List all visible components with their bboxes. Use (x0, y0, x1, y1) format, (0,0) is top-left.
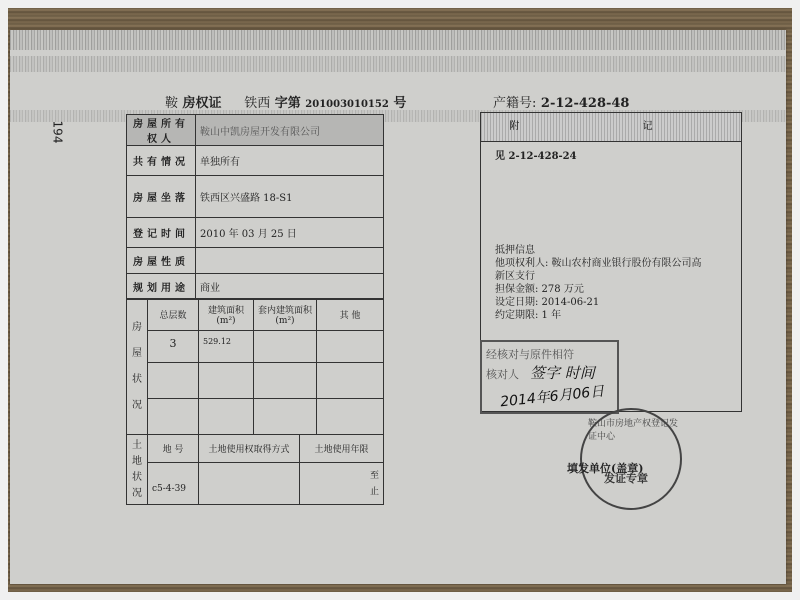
property-registry-number: 产籍号: 2-12-428-48 (493, 92, 629, 111)
header-prefix: 鞍 (165, 96, 178, 111)
notes-reference: 见 2-12-428-24 (495, 147, 577, 162)
table-row: 3 529.12 (127, 331, 384, 363)
cell-empty (317, 399, 384, 435)
cell-empty (199, 363, 254, 399)
cell-floors: 3 (148, 331, 199, 363)
header-lot-number: 地 号 (148, 435, 199, 463)
registry-value: 2-12-428-48 (541, 96, 630, 111)
label-planned-use: 规划用途 (127, 274, 196, 300)
mortgage-term: 约定期限: 1 年 (495, 306, 561, 321)
cell-empty (199, 399, 254, 435)
header-land-term: 土地使用年限 (300, 435, 384, 463)
label-co-ownership: 共有情况 (127, 146, 196, 176)
value-planned-use: 商业 (196, 274, 384, 300)
table-row: 登记时间 2010 年 03 月 25 日 (127, 218, 384, 248)
handwritten-signature: 签字 时间 (530, 362, 595, 383)
value-co-ownership: 单独所有 (196, 146, 384, 176)
label-register-date: 登记时间 (127, 218, 196, 248)
table-row: 房屋性质 (127, 248, 384, 274)
side-page-number: 194 (50, 121, 64, 144)
header-inner-area: 套内建筑面积 (m²) (254, 299, 317, 331)
label-location: 房屋坐落 (127, 176, 196, 218)
photocopy-noise-band (10, 30, 786, 50)
header-hao: 号 (393, 96, 406, 111)
notes-title: 附 记 (481, 113, 741, 142)
table-row: 房屋状况 总层数 建筑面积 (m²) 套内建筑面积 (m²) 其 他 (127, 299, 384, 331)
cell-land-acquisition (199, 463, 300, 505)
certificate-number: 201003010152 (305, 99, 389, 110)
term-end: 止 (370, 487, 379, 497)
value-location: 铁西区兴盛路 18-S1 (196, 176, 384, 218)
house-status-table: 房屋状况 总层数 建筑面积 (m²) 套内建筑面积 (m²) 其 他 3 529… (126, 298, 384, 435)
cell-empty (148, 363, 199, 399)
land-status-table: 土地状况 地 号 土地使用权取得方式 土地使用年限 c5-4-39 至 止 (126, 434, 384, 505)
land-status-section-label: 土地状况 (127, 435, 148, 505)
house-status-section-label: 房屋状况 (127, 299, 148, 435)
cell-empty (317, 363, 384, 399)
certificate-header: 鞍 房权证 铁西 字第 201003010152 号 (165, 92, 406, 111)
cell-lot-number: c5-4-39 (148, 463, 199, 505)
table-row: 房屋所有权人 鞍山中凯房屋开发有限公司 (127, 115, 384, 146)
photocopy-noise-band (10, 56, 786, 72)
cell-other (317, 331, 384, 363)
cell-empty (254, 399, 317, 435)
label-owner: 房屋所有权人 (127, 115, 196, 146)
label-property-nature: 房屋性质 (127, 248, 196, 274)
table-row (127, 363, 384, 399)
table-row: 共有情况 单独所有 (127, 146, 384, 176)
header-char-label: 字第 (275, 96, 301, 111)
stamp-line-1: 经核对与原件相符 (486, 346, 574, 362)
header-land-acquisition: 土地使用权取得方式 (199, 435, 300, 463)
header-other: 其 他 (317, 299, 384, 331)
header-title: 房权证 (183, 96, 222, 111)
seal-ring-text: 鞍山市房地产权登记发证中心 (588, 416, 680, 442)
header-building-area: 建筑面积 (m²) (199, 299, 254, 331)
table-row: 规划用途 商业 (127, 274, 384, 300)
cell-inner-area (254, 331, 317, 363)
cell-building-area: 529.12 (199, 331, 254, 363)
value-property-nature (196, 248, 384, 274)
header-district: 铁西 (244, 96, 270, 111)
cell-empty (254, 363, 317, 399)
issuing-unit-label: 填发单位(盖章) (567, 460, 643, 476)
official-seal: 鞍山市房地产权登记发证中心 发证专章 (580, 408, 682, 510)
term-to: 至 (370, 471, 379, 481)
value-register-date: 2010 年 03 月 25 日 (196, 218, 384, 248)
stamp-line-2: 核对人 (486, 366, 519, 382)
value-owner: 鞍山中凯房屋开发有限公司 (196, 115, 384, 146)
table-row: 房屋坐落 铁西区兴盛路 18-S1 (127, 176, 384, 218)
table-row: 土地状况 地 号 土地使用权取得方式 土地使用年限 (127, 435, 384, 463)
table-row (127, 399, 384, 435)
header-total-floors: 总层数 (148, 299, 199, 331)
ownership-info-table: 房屋所有权人 鞍山中凯房屋开发有限公司 共有情况 单独所有 房屋坐落 铁西区兴盛… (126, 114, 384, 300)
cell-land-term: 至 止 (300, 463, 384, 505)
table-row: c5-4-39 至 止 (127, 463, 384, 505)
registry-label: 产籍号: (493, 96, 536, 111)
cell-empty (148, 399, 199, 435)
